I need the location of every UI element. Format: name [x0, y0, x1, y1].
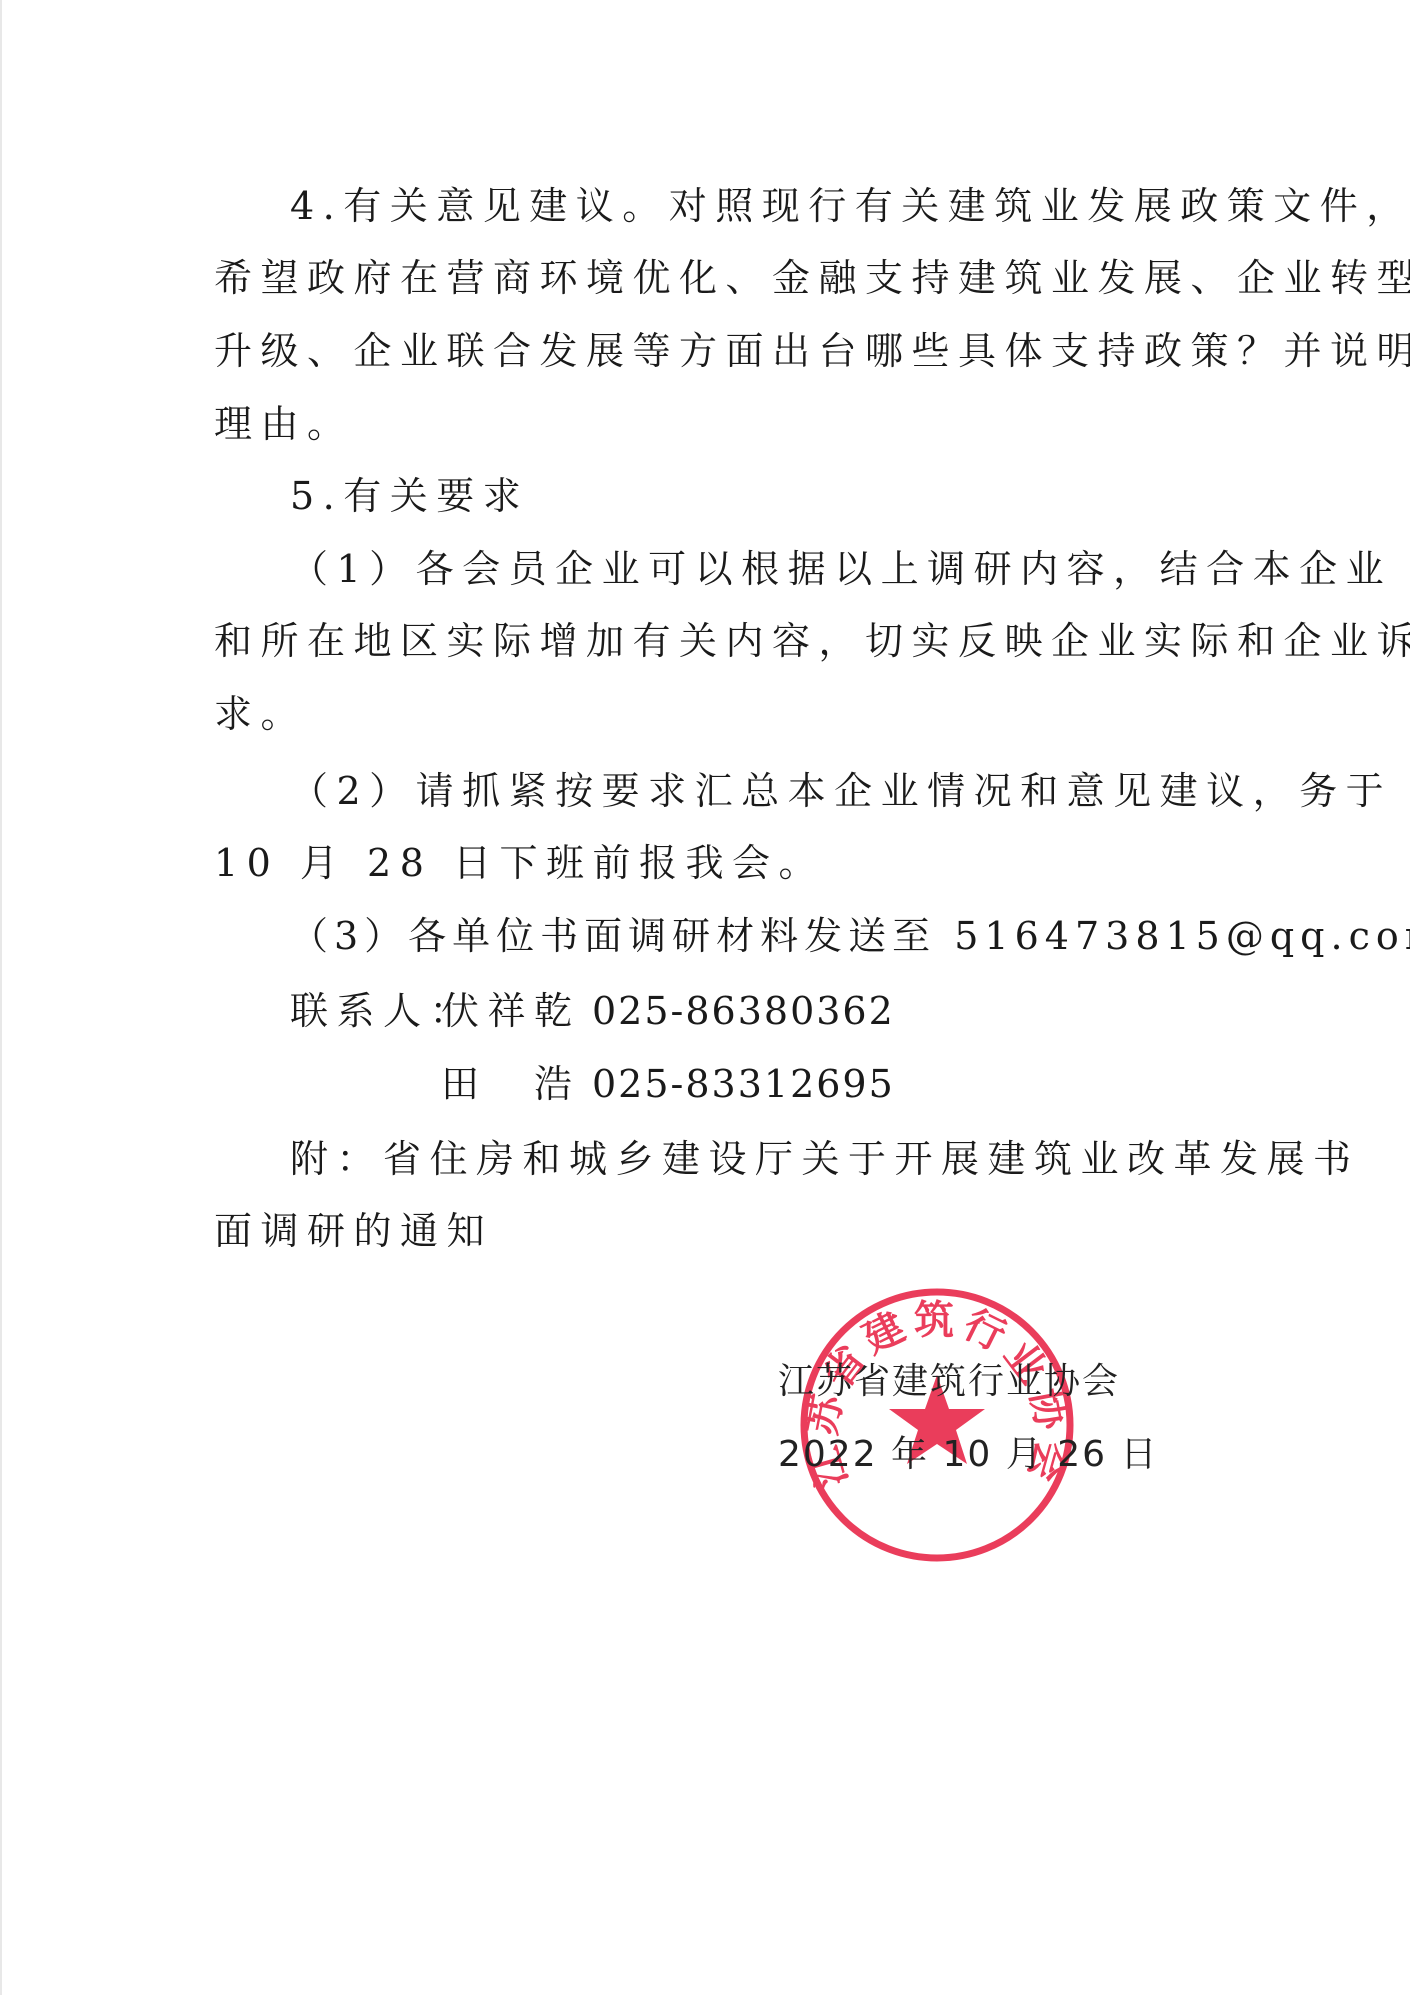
contact-2-name: 田 浩 [441, 1054, 581, 1114]
contact-1-phone: 025-86380362 [592, 981, 852, 1041]
document-page: 4.有关意见建议。对照现行有关建筑业发展政策文件， 希望政府在营商环境优化、金融… [0, 0, 1410, 1995]
signature-date: 2022 年 10 月 26 日 [778, 1430, 1158, 1480]
official-seal-icon: 江苏省建筑行业协会 [799, 1287, 1075, 1563]
requirement-1-line-2: 和所在地区实际增加有关内容，切实反映企业实际和企业诉 [214, 611, 1204, 671]
section5-heading: 5.有关要求 [290, 466, 1204, 526]
contact-1-name: 伏祥乾 [441, 981, 581, 1041]
requirement-1-line-3: 求。 [214, 684, 1204, 744]
section4-line-3: 升级、企业联合发展等方面出台哪些具体支持政策？并说明 [214, 321, 1204, 381]
attachment-line-1: 附：省住房和城乡建设厅关于开展建筑业改革发展书 [290, 1129, 1204, 1189]
attachment-line-2: 面调研的通知 [214, 1201, 1204, 1261]
contact-2-phone: 025-83312695 [592, 1054, 852, 1114]
requirement-3-line-1: （3）各单位书面调研材料发送至 516473815@qq.com。 [290, 906, 1204, 966]
section4-line-1: 4.有关意见建议。对照现行有关建筑业发展政策文件， [290, 176, 1204, 236]
section4-line-4: 理由。 [214, 394, 1204, 454]
requirement-2-line-1: （2）请抓紧按要求汇总本企业情况和意见建议，务于 [290, 761, 1204, 821]
requirement-2-line-2: 10 月 28 日下班前报我会。 [214, 833, 1204, 893]
requirement-1-line-1: （1）各会员企业可以根据以上调研内容，结合本企业 [290, 539, 1204, 599]
contacts-label: 联系人： [290, 981, 410, 1041]
scan-edge [0, 0, 2, 1995]
signature-organization: 江苏省建筑行业协会 [778, 1357, 1120, 1407]
section4-line-2: 希望政府在营商环境优化、金融支持建筑业发展、企业转型 [214, 248, 1204, 308]
